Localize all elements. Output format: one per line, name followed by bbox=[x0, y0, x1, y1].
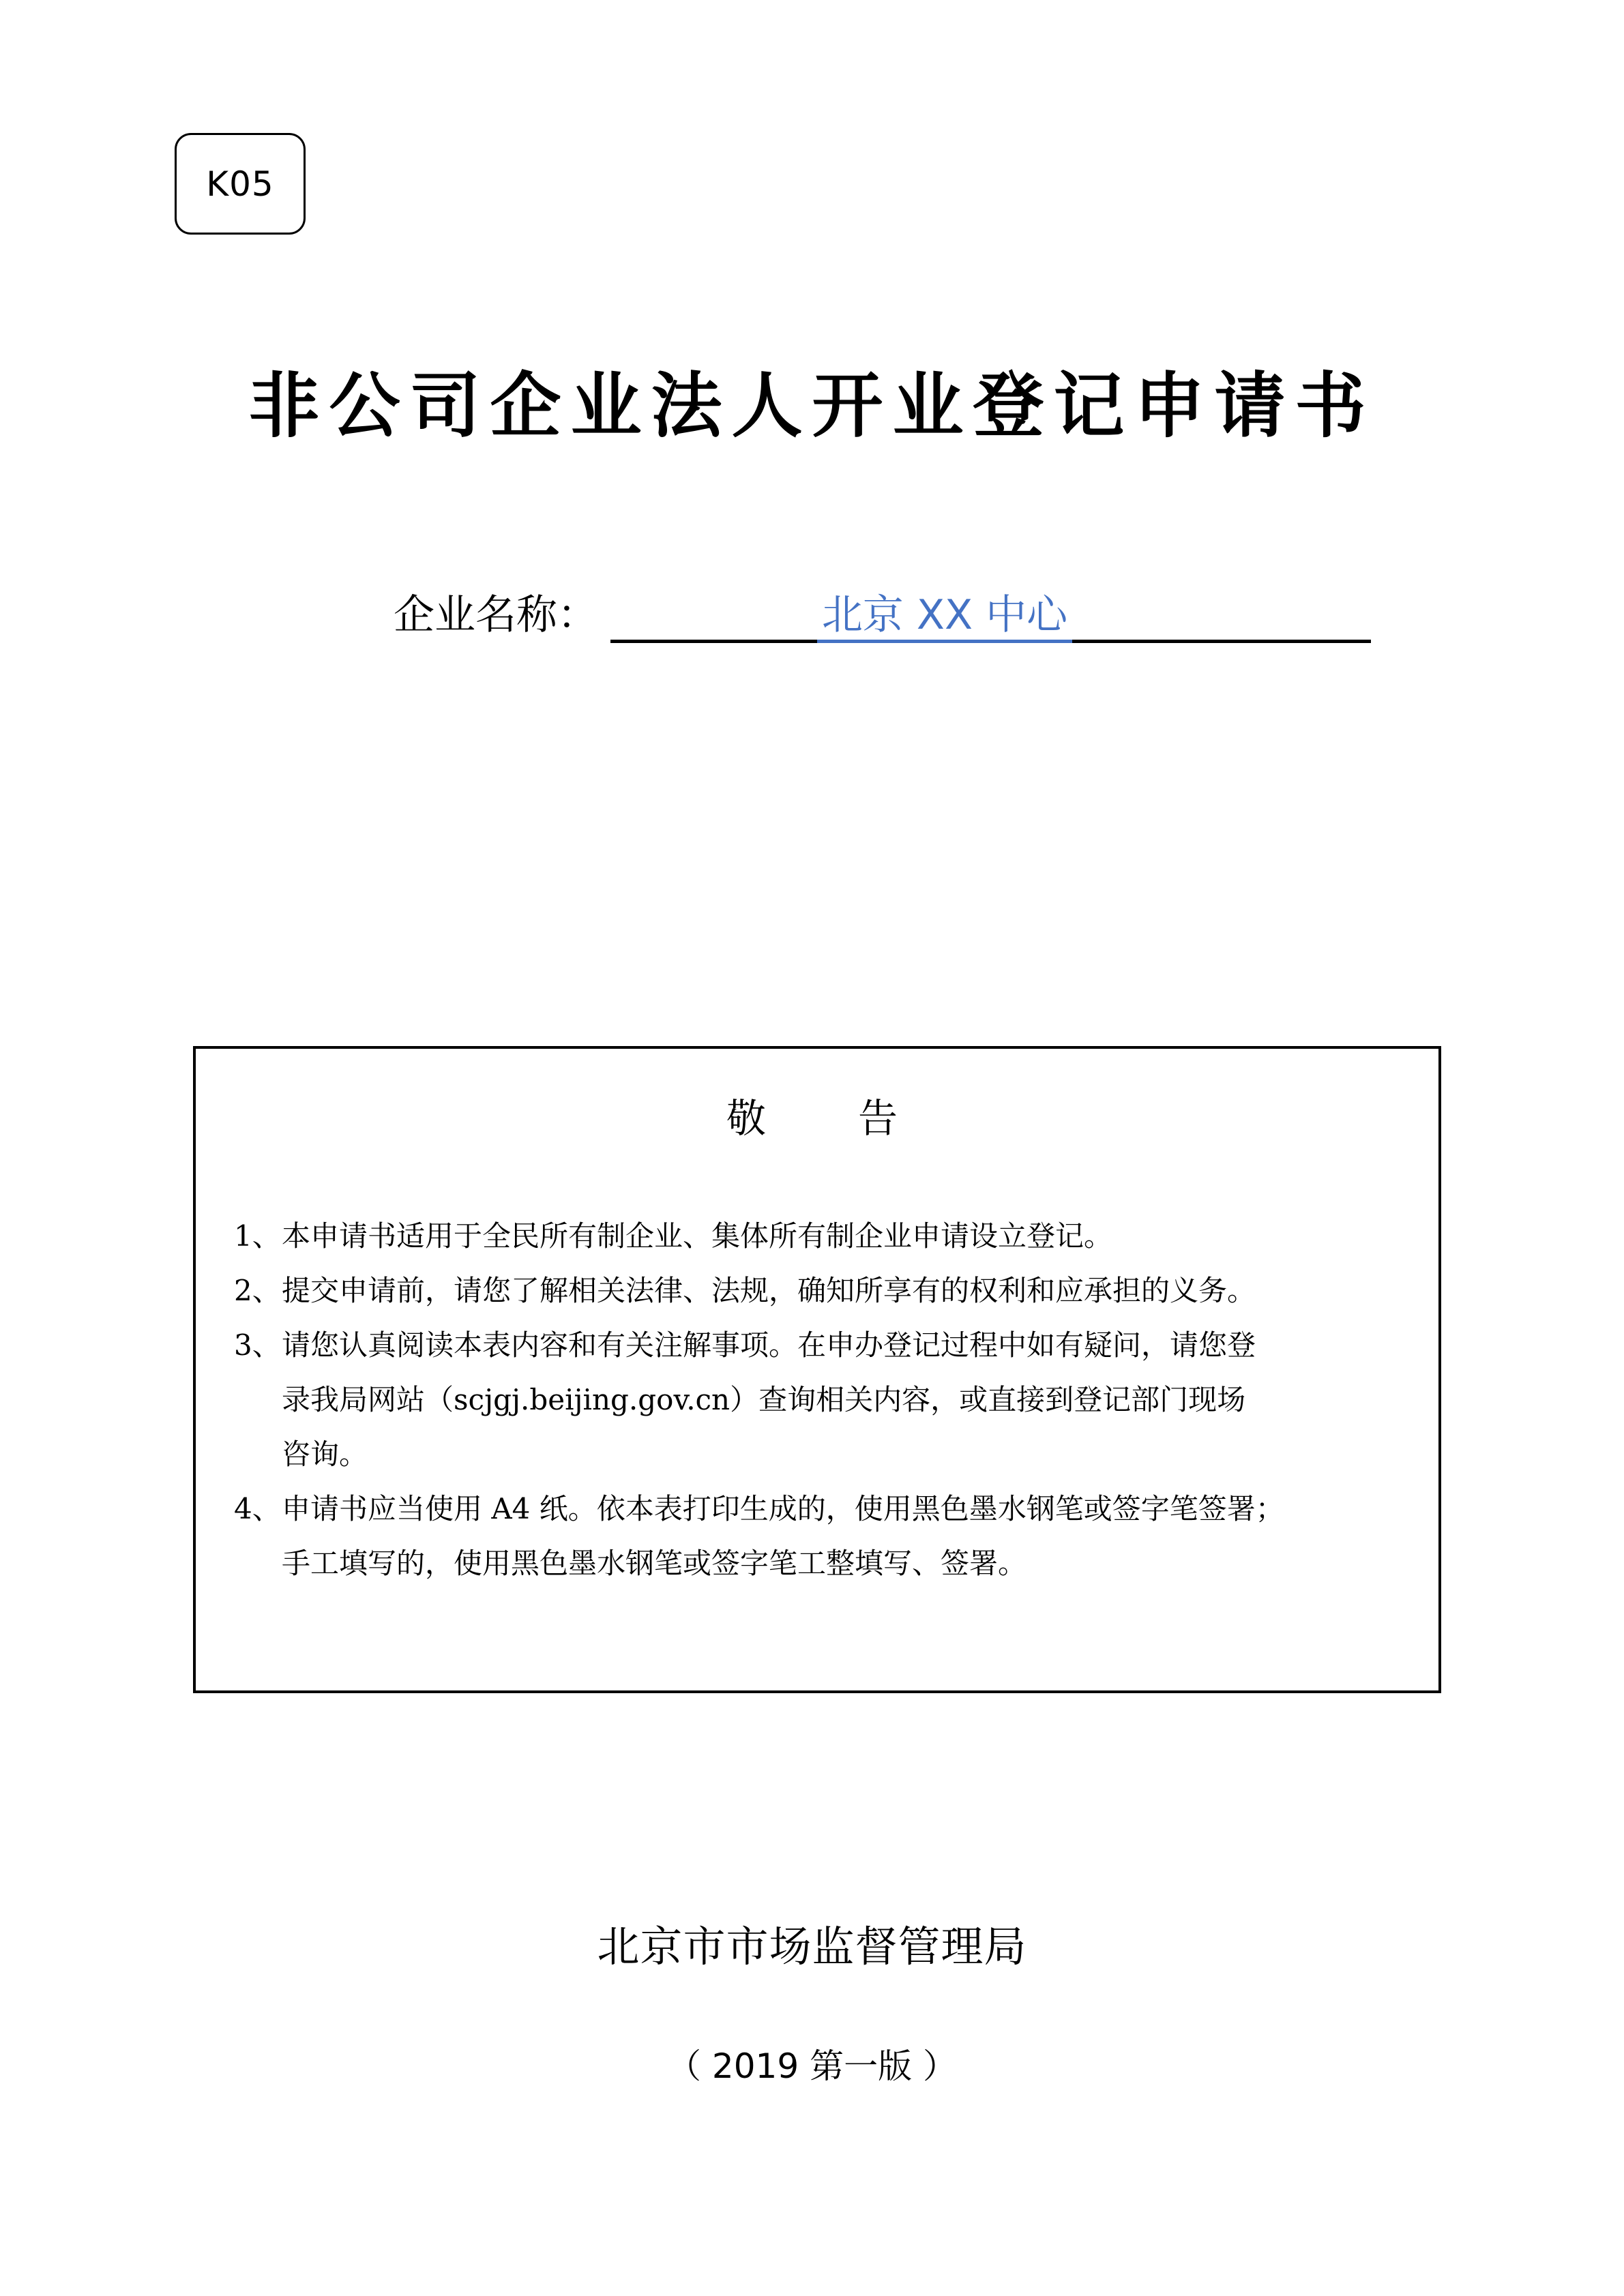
notice-heading-char-1: 敬 bbox=[726, 1091, 766, 1146]
notice-item-number: 3、 bbox=[234, 1318, 282, 1373]
notice-item-1: 1、本申请书适用于全民所有制企业、集体所有制企业申请设立登记。 bbox=[234, 1209, 1421, 1264]
edition-label: （ 2019 第一版 ） bbox=[0, 2039, 1624, 2093]
company-name-row: 企业名称： bbox=[394, 588, 598, 649]
form-code-text: K05 bbox=[206, 164, 274, 204]
notice-heading: 敬告 bbox=[0, 1091, 1624, 1146]
notice-item-text: 本申请书适用于全民所有制企业、集体所有制企业申请设立登记。 bbox=[282, 1219, 1112, 1253]
notice-item-4-continuation: 手工填写的，使用黑色墨水钢笔或签字笔工整填写、签署。 bbox=[234, 1536, 1421, 1591]
notice-list: 1、本申请书适用于全民所有制企业、集体所有制企业申请设立登记。 2、提交申请前，… bbox=[234, 1209, 1421, 1591]
notice-item-text: 咨询。 bbox=[282, 1437, 368, 1471]
notice-item-text: 手工填写的，使用黑色墨水钢笔或签字笔工整填写、签署。 bbox=[282, 1547, 1027, 1580]
notice-item-text: 提交申请前，请您了解相关法律、法规，确知所享有的权利和应承担的义务。 bbox=[282, 1274, 1256, 1307]
company-name-field[interactable]: 北京 XX 中心 bbox=[817, 588, 1072, 642]
company-name-label: 企业名称： bbox=[394, 588, 598, 642]
document-title: 非公司企业法人开业登记申请书 bbox=[0, 355, 1624, 457]
notice-item-3-continuation: 录我局网站（scjgj.beijing.gov.cn）查询相关内容，或直接到登记… bbox=[234, 1373, 1421, 1427]
notice-heading-char-2: 告 bbox=[858, 1091, 898, 1146]
notice-item-3: 3、请您认真阅读本表内容和有关注解事项。在申办登记过程中如有疑问，请您登 bbox=[234, 1318, 1421, 1373]
form-code-badge: K05 bbox=[175, 133, 306, 235]
notice-item-text: 申请书应当使用 A4 纸。依本表打印生成的，使用黑色墨水钢笔或签字笔签署； bbox=[282, 1492, 1284, 1525]
notice-item-text: 请您认真阅读本表内容和有关注解事项。在申办登记过程中如有疑问，请您登 bbox=[282, 1328, 1256, 1362]
notice-item-3-continuation: 咨询。 bbox=[234, 1427, 1421, 1482]
notice-item-number: 1、 bbox=[234, 1209, 282, 1264]
issuing-agency: 北京市市场监督管理局 bbox=[0, 1916, 1624, 1978]
notice-item-2: 2、提交申请前，请您了解相关法律、法规，确知所享有的权利和应承担的义务。 bbox=[234, 1264, 1421, 1318]
notice-item-4: 4、申请书应当使用 A4 纸。依本表打印生成的，使用黑色墨水钢笔或签字笔签署； bbox=[234, 1482, 1421, 1536]
notice-item-number: 4、 bbox=[234, 1482, 282, 1536]
notice-item-number: 2、 bbox=[234, 1264, 282, 1318]
notice-item-text: 录我局网站（scjgj.beijing.gov.cn）查询相关内容，或直接到登记… bbox=[282, 1383, 1245, 1416]
